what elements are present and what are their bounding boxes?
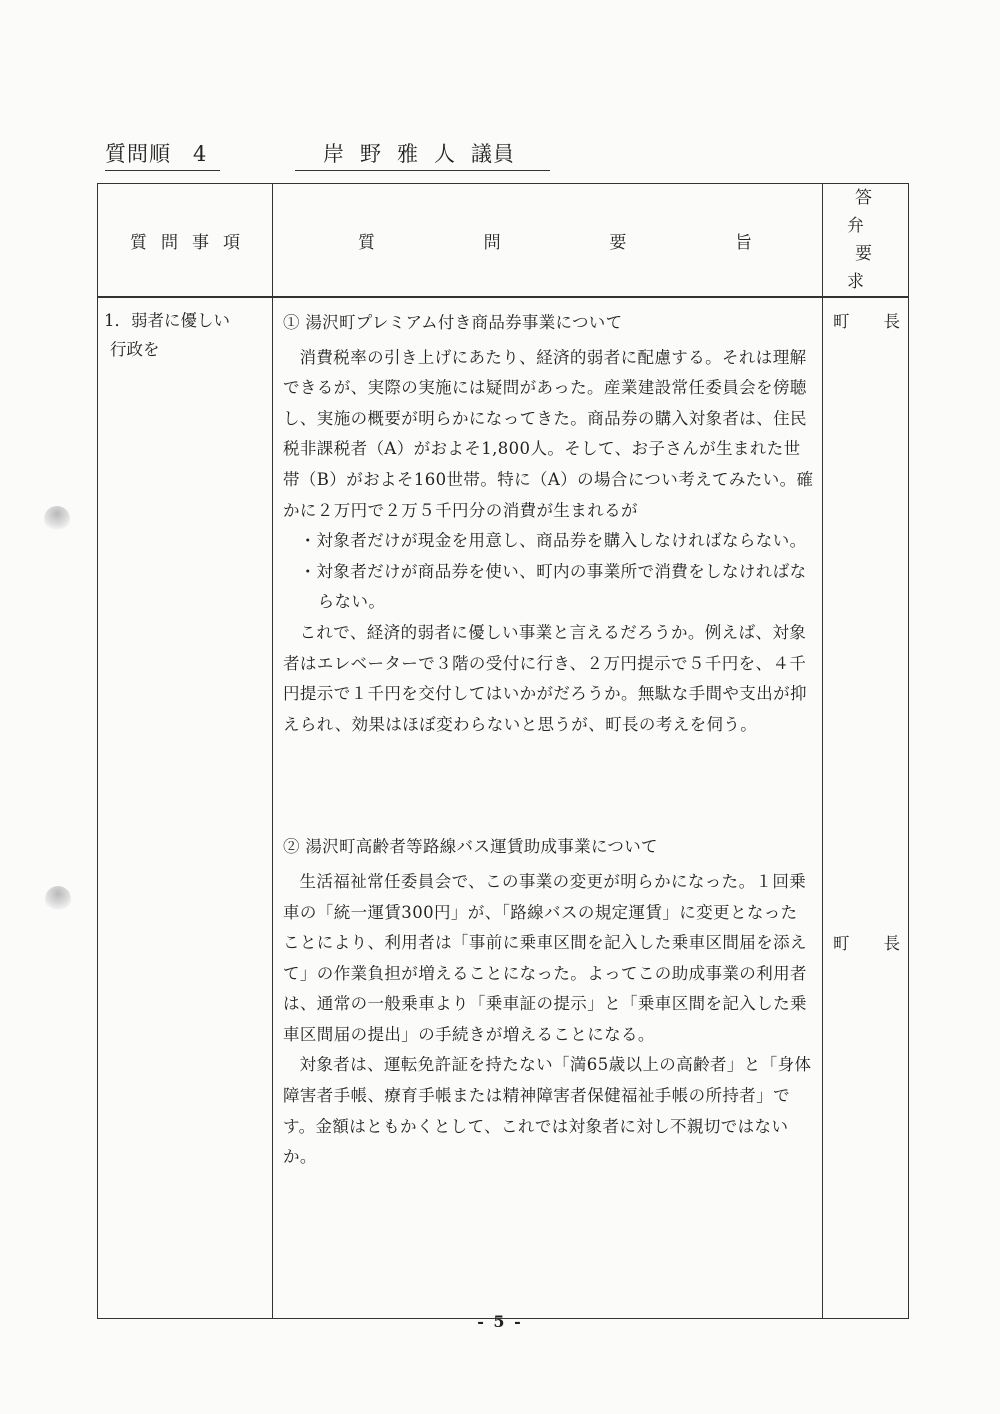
table-row: 1．弱者に優しい 行政を ① 湯沢町プレミアム付き商品券事業について 消費税率の…	[98, 297, 909, 1319]
question-1-bullet-1: ・対象者だけが現金を用意し、商品券を購入しなければならない。	[283, 526, 814, 557]
member-suffix: 議員	[471, 142, 515, 166]
question-block-1: ① 湯沢町プレミアム付き商品券事業について 消費税率の引き上げにあたり、経済的弱…	[283, 308, 814, 740]
question-sequence: 質問順4	[105, 138, 220, 171]
question-item-line1: 1．弱者に優しい	[104, 306, 272, 335]
column-header-response: 答弁 要求	[823, 184, 909, 298]
response-requested-2: 町 長	[833, 930, 900, 954]
page-number: - 5 -	[0, 1312, 1000, 1331]
response-cell: 町 長 町 長	[823, 297, 909, 1319]
question-gist-cell: ① 湯沢町プレミアム付き商品券事業について 消費税率の引き上げにあたり、経済的弱…	[273, 297, 823, 1319]
table-header-row: 質問事項 質 問 要 旨 答弁 要求	[98, 184, 909, 298]
question-2-paragraph-1: 生活福祉常任委員会で、この事業の変更が明らかになった。１回乗車の「統一運賃300…	[283, 867, 814, 1051]
question-1-paragraph-2: これで、経済的弱者に優しい事業と言えるだろうか。例えば、対象者はエレベーターで３…	[283, 618, 814, 740]
question-heading-2: ② 湯沢町高齢者等路線バス運賃助成事業について	[283, 832, 814, 863]
punch-hole-top	[44, 506, 70, 532]
punch-hole-bottom	[45, 886, 71, 912]
question-2-paragraph-2: 対象者は、運転免許証を持たない「満65歳以上の高齢者」と「身体障害者手帳、療育手…	[283, 1050, 814, 1172]
response-requested-1: 町 長	[833, 308, 900, 332]
sequence-number: 4	[193, 142, 207, 166]
question-1-paragraph-1: 消費税率の引き上げにあたり、経済的弱者に配慮する。それは理解できるが、実際の実施…	[283, 343, 814, 527]
member-name-line: 岸野雅人議員	[295, 138, 550, 171]
question-heading-1: ① 湯沢町プレミアム付き商品券事業について	[283, 308, 814, 339]
question-1-bullet-2: ・対象者だけが商品券を使い、町内の事業所で消費をしなければならない。	[283, 557, 814, 618]
question-item-cell: 1．弱者に優しい 行政を	[98, 297, 273, 1319]
sequence-label: 質問順	[105, 142, 171, 166]
question-table: 質問事項 質 問 要 旨 答弁 要求 1．弱者に優しい 行政	[97, 183, 909, 1319]
column-header-item: 質問事項	[98, 184, 273, 298]
column-header-gist: 質 問 要 旨	[273, 184, 823, 298]
question-item-line2: 行政を	[104, 335, 272, 364]
member-name: 岸野雅人	[323, 142, 471, 166]
question-block-2: ② 湯沢町高齢者等路線バス運賃助成事業について 生活福祉常任委員会で、この事業の…	[283, 832, 814, 1173]
